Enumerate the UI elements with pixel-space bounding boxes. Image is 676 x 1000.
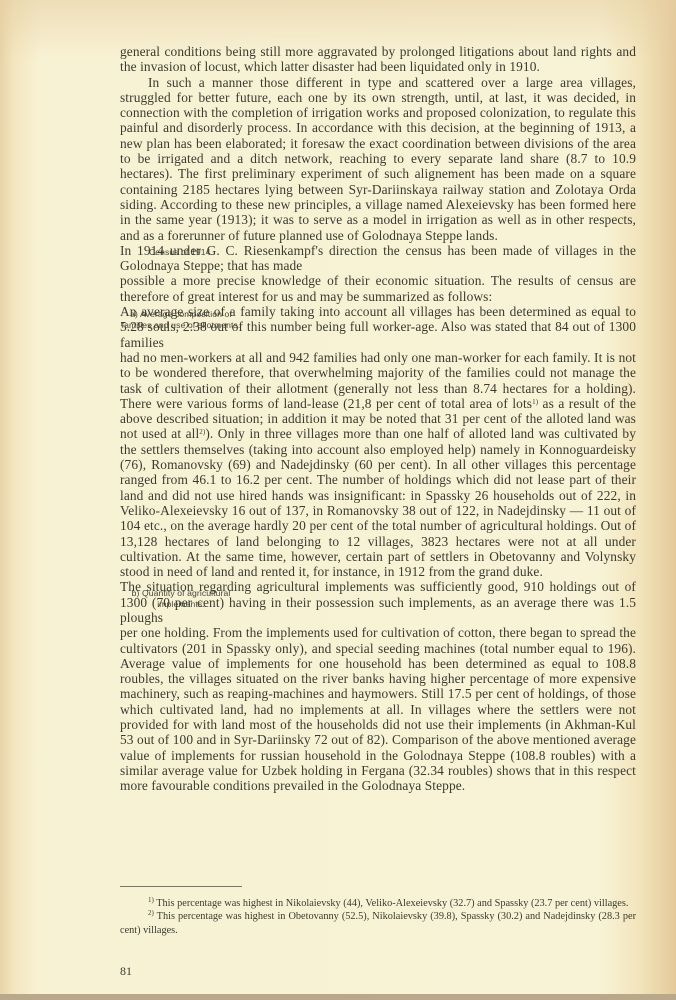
paragraph-families-rest: had no men-workers at all and 942 famili… <box>120 350 636 579</box>
paragraph-census-rest: possible a more precise knowledge of the… <box>120 273 636 304</box>
section-census: Census of 1914. In 1914 under G. C. Ries… <box>120 243 636 304</box>
margin-note-families: a) Average composition of families and u… <box>120 309 242 330</box>
body-text: general conditions being still more aggr… <box>120 44 636 794</box>
families-text-c: ). Only in three villages more than one … <box>120 426 636 579</box>
footnote-divider <box>120 886 242 887</box>
footnote-2-text: This percentage was highest in Obetovann… <box>120 911 636 935</box>
footnote-1-text: This percentage was highest in Nikolaiev… <box>154 898 629 909</box>
margin-note-census: Census of 1914. <box>120 247 242 258</box>
section-implements: b) Quantity of agricultural implements. … <box>120 579 636 793</box>
footnote-1: 1) This percentage was highest in Nikola… <box>120 897 636 910</box>
section-families: a) Average composition of families and u… <box>120 304 636 579</box>
footnotes: 1) This percentage was highest in Nikola… <box>120 897 636 937</box>
paragraph-land-conditions: general conditions being still more aggr… <box>120 44 636 75</box>
paragraph-implements-rest: per one holding. From the implements use… <box>120 625 636 793</box>
footnote-2: 2) This percentage was highest in Obetov… <box>120 910 636 937</box>
scanned-page: general conditions being still more aggr… <box>0 0 676 1000</box>
paragraph-new-plan: In such a manner those different in type… <box>120 75 636 243</box>
margin-note-implements: b) Quantity of agricultural implements. <box>120 588 242 609</box>
page-number: 81 <box>120 964 132 979</box>
